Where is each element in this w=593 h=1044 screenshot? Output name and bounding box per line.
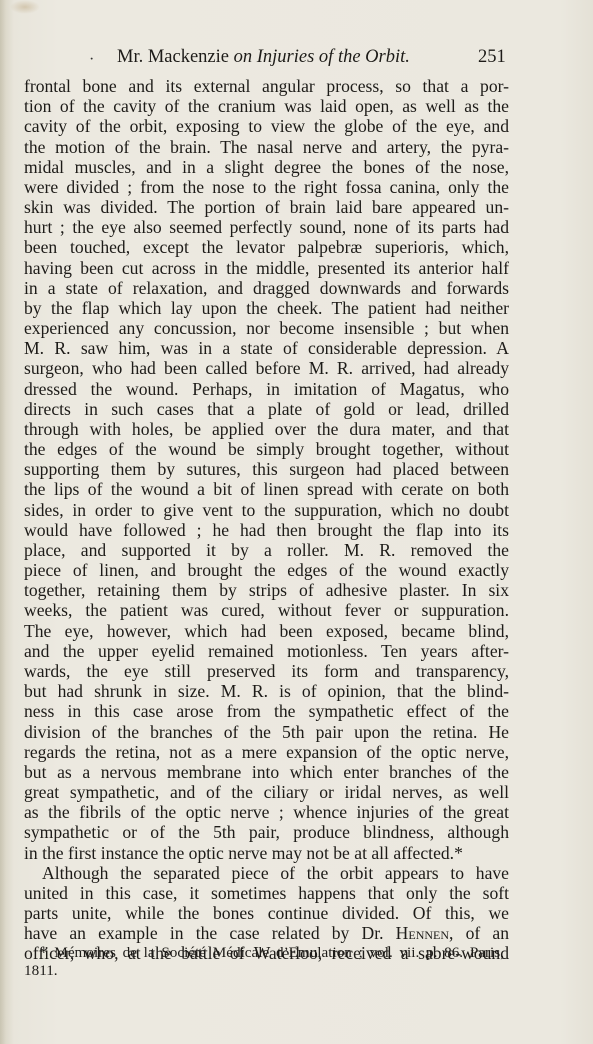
text-line: wards, the eye still preserved its form … [24, 661, 509, 681]
text-line: place, and supported it by a roller. M. … [24, 540, 509, 560]
author-name-hennen: Hennen [396, 923, 449, 943]
text-line: united in this case, it sometimes happen… [24, 883, 509, 903]
text-line: and the upper eyelid remained motionless… [24, 641, 509, 661]
text-line: were divided ; from the nose to the righ… [24, 177, 509, 197]
text-line: M. R. saw him, was in a state of conside… [24, 338, 509, 358]
text-line: division of the branches of the 5th pair… [24, 722, 509, 742]
text-line: frontal bone and its external angular pr… [24, 76, 509, 96]
text-line: but had shrunk in size. M. R. is of opin… [24, 681, 509, 701]
paragraph-end-line: in the first instance the optic nerve ma… [24, 843, 509, 863]
text-line: directs in such cases that a plate of go… [24, 399, 509, 419]
running-header: · Mr. Mackenzie on Injuries of the Orbit… [0, 47, 593, 69]
text-line: sympathetic or of the 5th pair, produce … [24, 822, 509, 842]
text-line: in a state of relaxation, and dragged do… [24, 278, 509, 298]
text-line: tion of the cavity of the cranium was la… [24, 96, 509, 116]
text-line: midal muscles, and in a slight degree th… [24, 157, 509, 177]
running-title-prefix: Mr. Mackenzie [117, 47, 234, 67]
text-line: surgeon, who had been called before M. R… [24, 358, 509, 378]
text-line: supporting them by sutures, this surgeon… [24, 459, 509, 479]
text-line: skin was divided. The portion of brain l… [24, 197, 509, 217]
body-text: frontal bone and its external angular pr… [24, 76, 509, 964]
text-line: sides, in order to give vent to the supp… [24, 500, 509, 520]
text-line: The eye, however, which had been exposed… [24, 621, 509, 641]
header-ornament: · [89, 51, 94, 69]
text-line: weeks, the patient was cured, without fe… [24, 600, 509, 620]
text-segment: , of an [449, 923, 509, 943]
text-line: regards the retina, not as a mere expans… [24, 742, 509, 762]
footnote-line: * Mémoires de la Société Médicale d’Emul… [24, 944, 504, 962]
text-line: great sympathetic, and of the ciliary or… [24, 782, 509, 802]
text-line: piece of linen, and brought the edges of… [24, 560, 509, 580]
text-line: the lips of the wound a bit of linen spr… [24, 479, 509, 499]
text-line: ness in this case arose from the sympath… [24, 701, 509, 721]
text-line: together, retaining them by strips of ad… [24, 580, 509, 600]
footnote-line: 1811. [24, 962, 504, 980]
text-line: by the flap which lay upon the cheek. Th… [24, 298, 509, 318]
running-title: Mr. Mackenzie on Injuries of the Orbit. [117, 47, 410, 68]
text-line: experienced any concussion, nor become i… [24, 318, 509, 338]
text-line: dressed the wound. Perhaps, in imitation… [24, 379, 509, 399]
text-line: the motion of the brain. The nasal nerve… [24, 137, 509, 157]
text-line: cavity of the orbit, exposing to view th… [24, 116, 509, 136]
text-line-with-name: have an example in the case related by D… [24, 923, 509, 943]
page-number: 251 [478, 47, 506, 68]
text-line: parts unite, while the bones continue di… [24, 903, 509, 923]
paper-stain [10, 0, 40, 14]
footnote: * Mémoires de la Société Médicale d’Emul… [24, 944, 504, 979]
text-line: would have followed ; he had then brough… [24, 520, 509, 540]
text-line: hurt ; the eye also seemed perfectly sou… [24, 217, 509, 237]
running-title-italic: on Injuries of the Orbit. [234, 47, 410, 67]
text-line: but as a nervous membrane into which ent… [24, 762, 509, 782]
text-segment: have an example in the case related by D… [24, 923, 396, 943]
text-line: through with holes, be applied over the … [24, 419, 509, 439]
text-line: the edges of the wound be simply brought… [24, 439, 509, 459]
paragraph-start-line: Although the separated piece of the orbi… [24, 863, 509, 883]
text-line: been touched, except the levator palpebr… [24, 237, 509, 257]
text-line: having been cut across in the middle, pr… [24, 258, 509, 278]
text-line: as the fibrils of the optic nerve ; when… [24, 802, 509, 822]
